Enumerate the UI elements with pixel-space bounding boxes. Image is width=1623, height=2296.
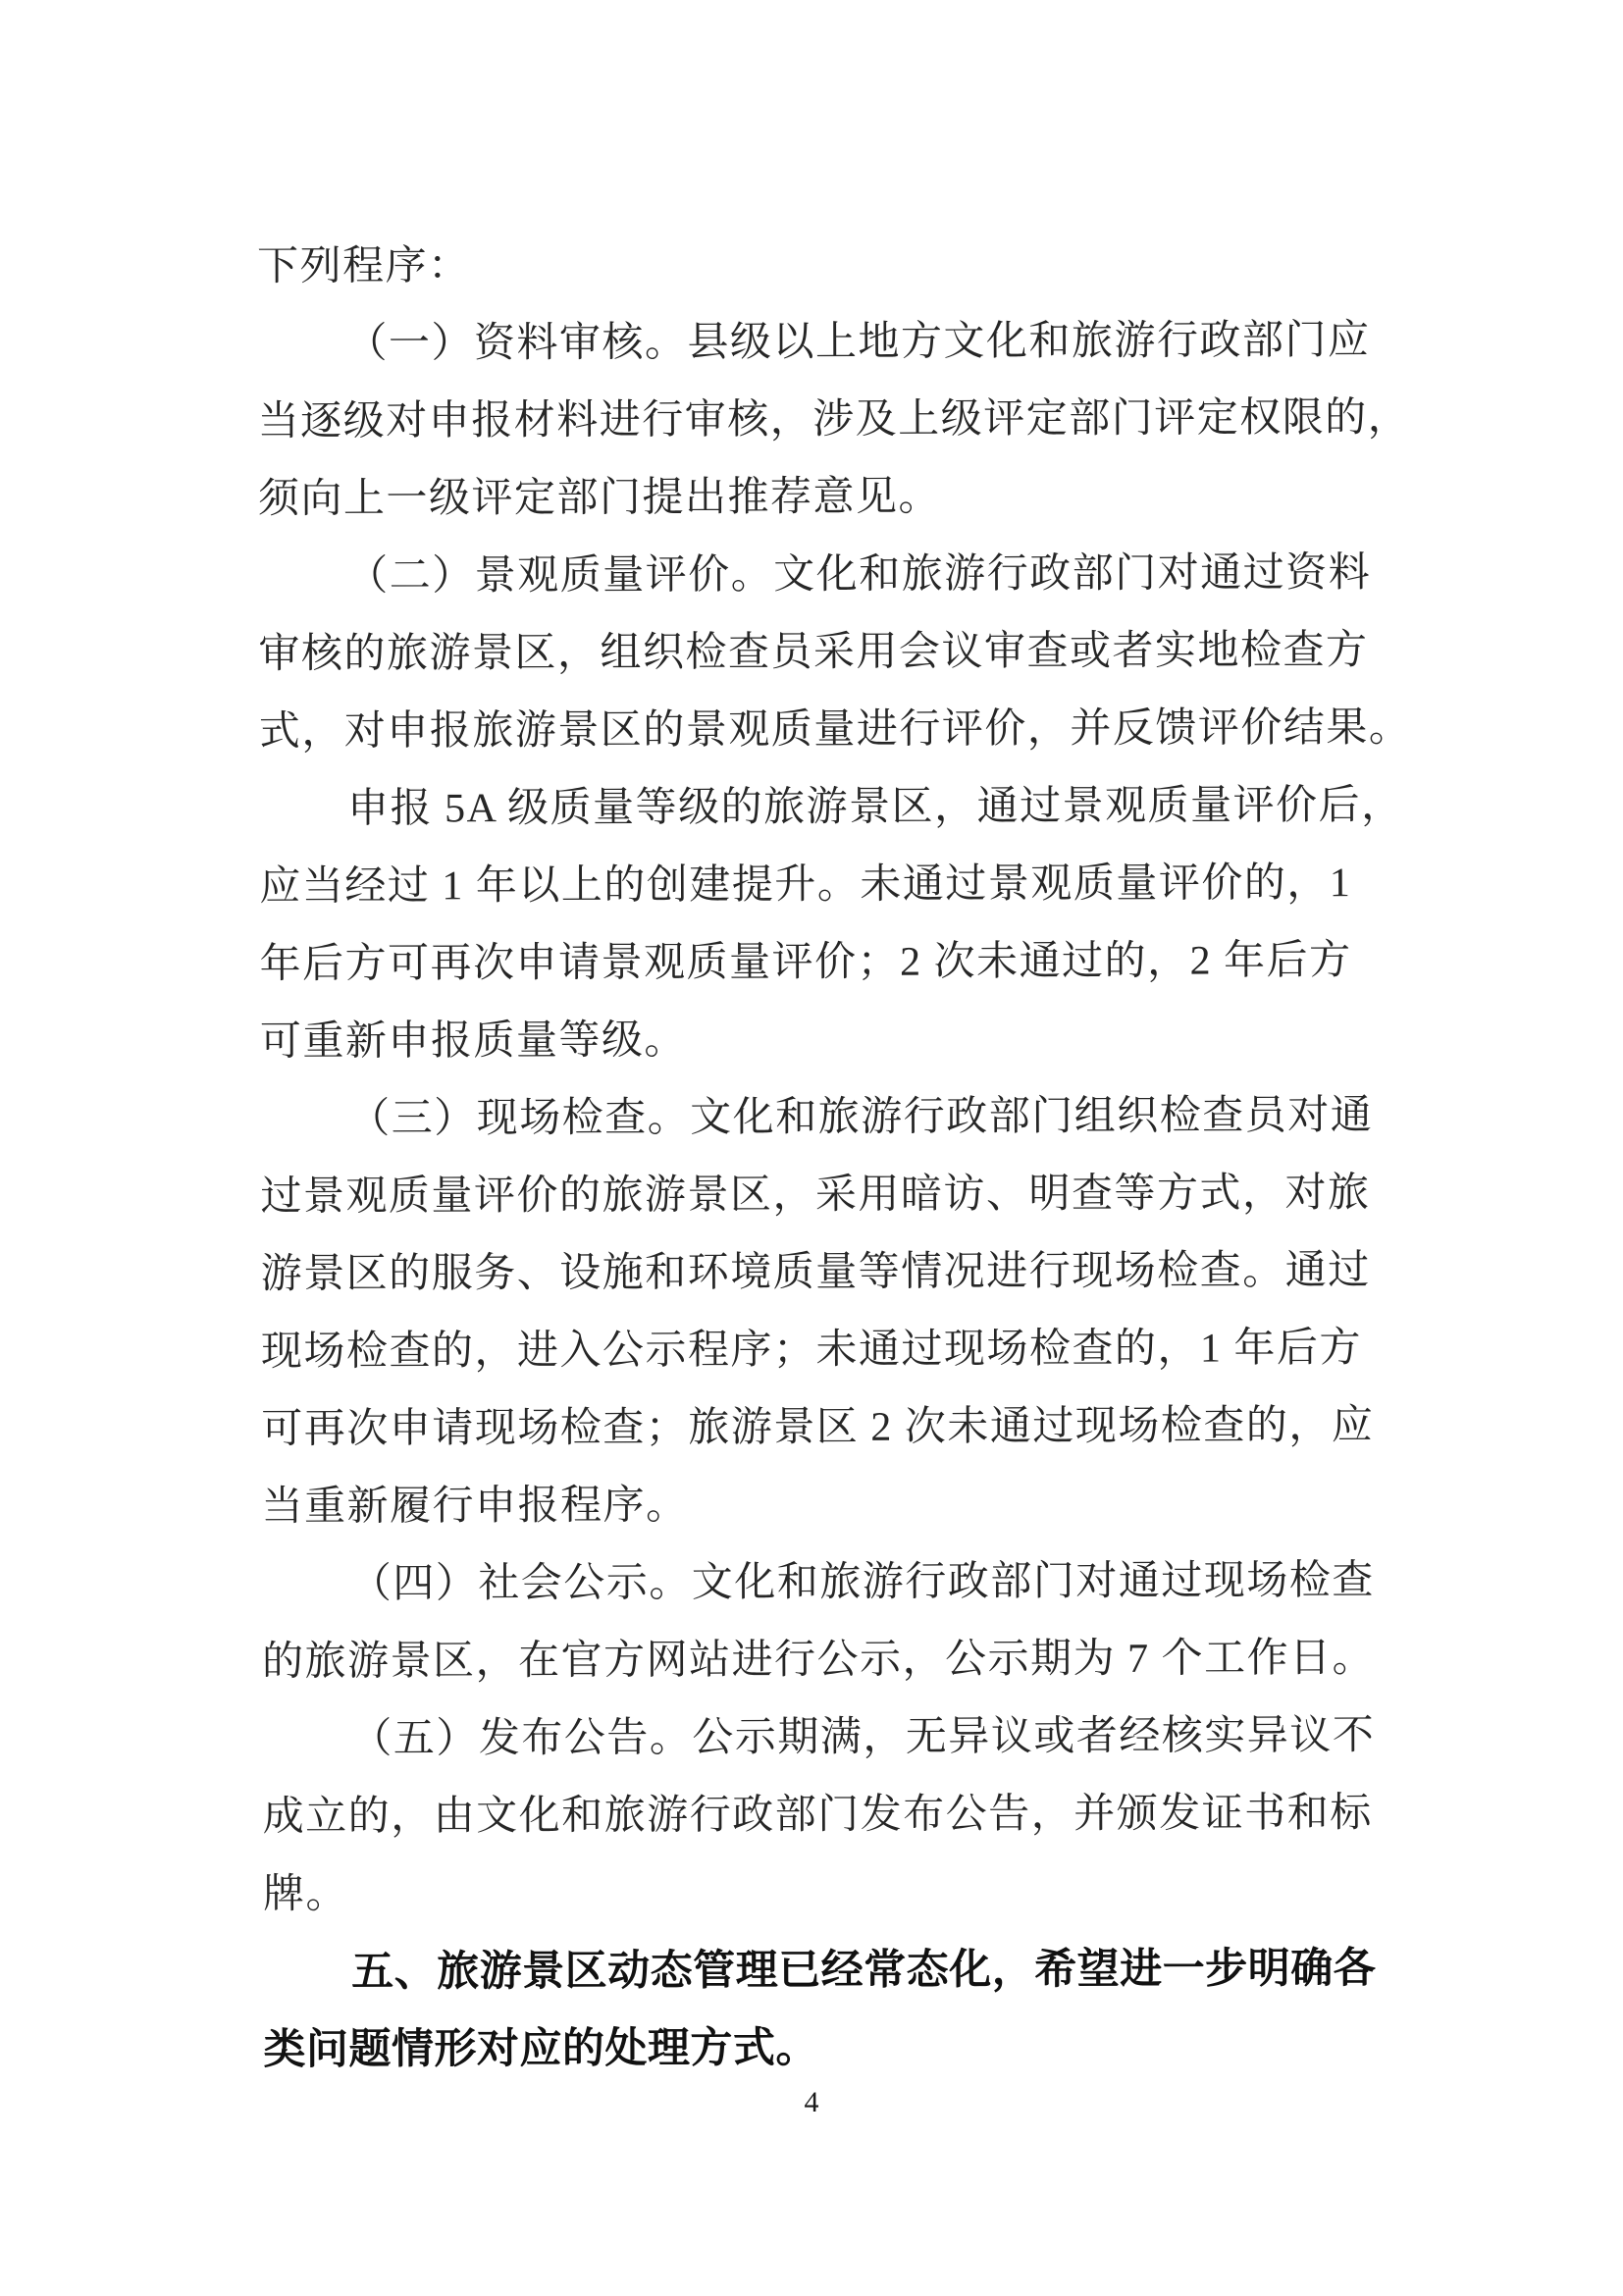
document-line: 式，对申报旅游景区的景观质量进行评价，并反馈评价结果。 [259, 690, 1427, 771]
document-line: 过景观质量评价的旅游景区，采用暗访、明查等方式，对旅 [260, 1155, 1428, 1236]
document-line: 现场检查的，进入公示程序；未通过现场检查的，1 年后方 [261, 1310, 1429, 1391]
document-line: 审核的旅游景区，组织检查员采用会议审查或者实地检查方 [258, 612, 1426, 694]
document-line: 当重新履行申报程序。 [261, 1465, 1429, 1546]
document-line: 当逐级对申报材料进行审核，涉及上级评定部门评定权限的， [258, 380, 1426, 461]
document-line: （三）现场检查。文化和旅游行政部门组织检查员对通 [260, 1077, 1428, 1159]
document-body: 下列程序： （一）资料审核。县级以上地方文化和旅游行政部门应 当逐级对申报材料进… [257, 225, 1432, 2089]
document-line: （五）发布公告。公示期满，无异议或者经核实异议不 [262, 1697, 1430, 1779]
document-line: 下列程序： [257, 225, 1425, 306]
document-line: 游景区的服务、设施和环境质量等情况进行现场检查。通过 [261, 1232, 1429, 1314]
page-number: 4 [0, 2086, 1623, 2119]
document-line: （四）社会公示。文化和旅游行政部门对通过现场检查 [262, 1542, 1430, 1624]
document-line: （二）景观质量评价。文化和旅游行政部门对通过资料 [258, 535, 1426, 616]
document-line-emphasis: 五、旅游景区动态管理已经常态化，希望进一步明确各 [263, 1930, 1431, 2011]
document-line: 牌。 [263, 1852, 1431, 1934]
document-line: 应当经过 1 年以上的创建提升。未通过景观质量评价的，1 [259, 845, 1427, 926]
document-line: 可重新申报质量等级。 [260, 1000, 1428, 1081]
document-line: 年后方可再次申请景观质量评价；2 次未通过的，2 年后方 [259, 922, 1427, 1004]
document-line: 成立的，由文化和旅游行政部门发布公告，并颁发证书和标 [263, 1775, 1431, 1856]
document-line: 申报 5A 级质量等级的旅游景区，通过景观质量评价后， [259, 767, 1427, 849]
document-line-emphasis: 类问题情形对应的处理方式。 [263, 2008, 1431, 2089]
document-page: 下列程序： （一）资料审核。县级以上地方文化和旅游行政部门应 当逐级对申报材料进… [0, 0, 1623, 2296]
document-line: （一）资料审核。县级以上地方文化和旅游行政部门应 [257, 302, 1425, 384]
document-line: 须向上一级评定部门提出推荐意见。 [258, 457, 1426, 539]
document-line: 可再次申请现场检查；旅游景区 2 次未通过现场检查的，应 [261, 1387, 1429, 1469]
document-line: 的旅游景区，在官方网站进行公示，公示期为 7 个工作日。 [262, 1620, 1430, 1701]
